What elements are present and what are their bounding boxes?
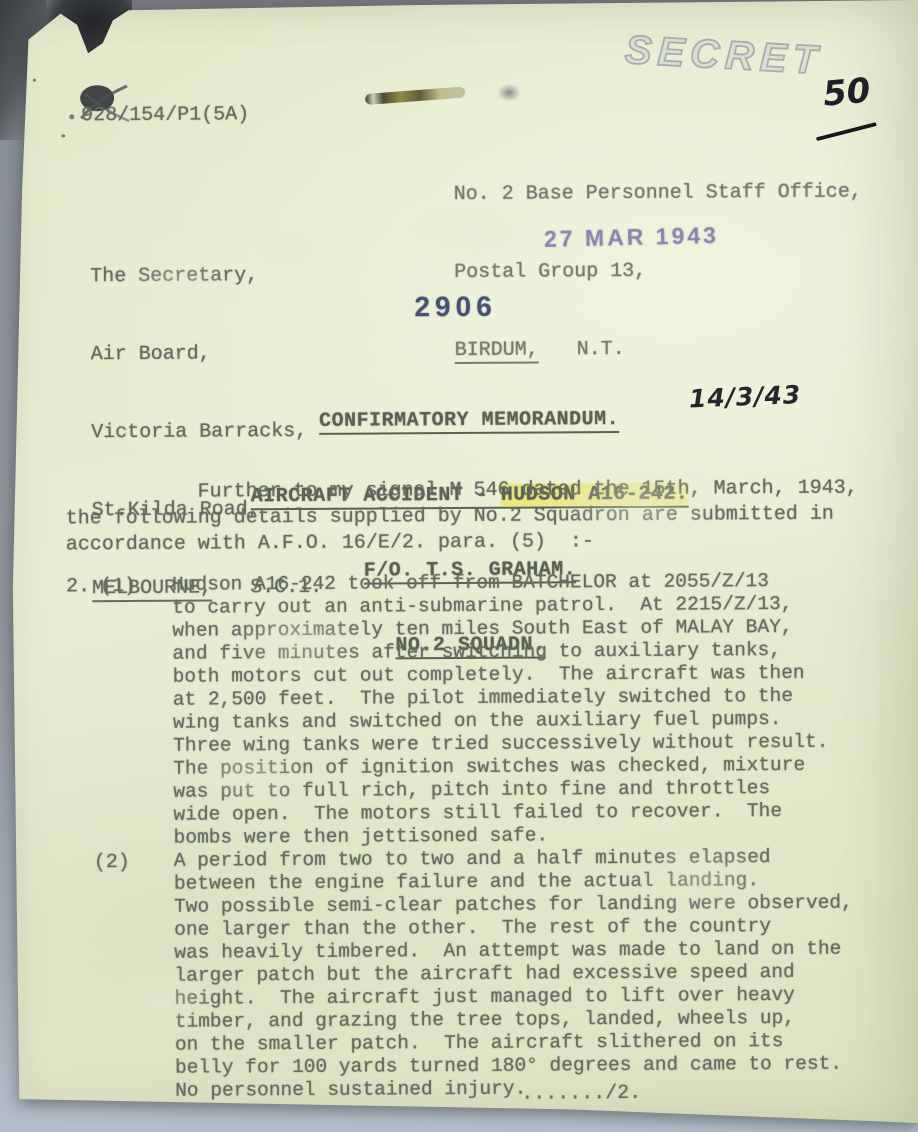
continuation-marker: ......./2. — [521, 1081, 641, 1108]
ink-dot — [69, 114, 74, 119]
reference-number: 928/154/P1(5A) — [81, 102, 249, 129]
item-2-text: A period from two to two and a half minu… — [174, 845, 896, 1102]
item-1-text: Hudson A16-242 took off from BATCHELOR a… — [172, 569, 894, 849]
secret-stamp: SECRET — [624, 37, 823, 74]
sender-address-line: No. 2 Base Personnel Staff Office, — [454, 180, 862, 208]
paper-speck — [33, 79, 36, 82]
title-line-1-text: CONFIRMATORY MEMORANDUM. — [319, 408, 619, 435]
paper-speck — [61, 134, 65, 137]
document-page-wrap: SECRET 50 27 MAR 1943 2906 14/3/43 928/1… — [0, 0, 918, 1132]
grey-smudge — [497, 84, 521, 102]
tape-smudge — [365, 86, 466, 105]
intro-paragraph: Further to my signal M 546 dated the 15t… — [65, 476, 865, 559]
item-1-label: (1) — [100, 574, 136, 600]
sender-address-line: Postal Group 13, — [454, 258, 862, 286]
photo-background: { "colors": { "paper": "#e6ebcf", "highl… — [0, 0, 918, 1132]
document-page: SECRET 50 27 MAR 1943 2906 14/3/43 928/1… — [0, 0, 918, 1132]
paper-speck — [23, 59, 27, 63]
item-2-label: (2) — [94, 850, 130, 876]
section-number: 2. — [66, 574, 90, 600]
page-number-annotation: 50 — [822, 77, 872, 107]
recipient-address-line: The Secretary, — [90, 263, 320, 290]
title-line-1: CONFIRMATORY MEMORANDUM. — [157, 406, 781, 435]
page-content: SECRET 50 27 MAR 1943 2906 14/3/43 928/1… — [0, 0, 918, 1132]
